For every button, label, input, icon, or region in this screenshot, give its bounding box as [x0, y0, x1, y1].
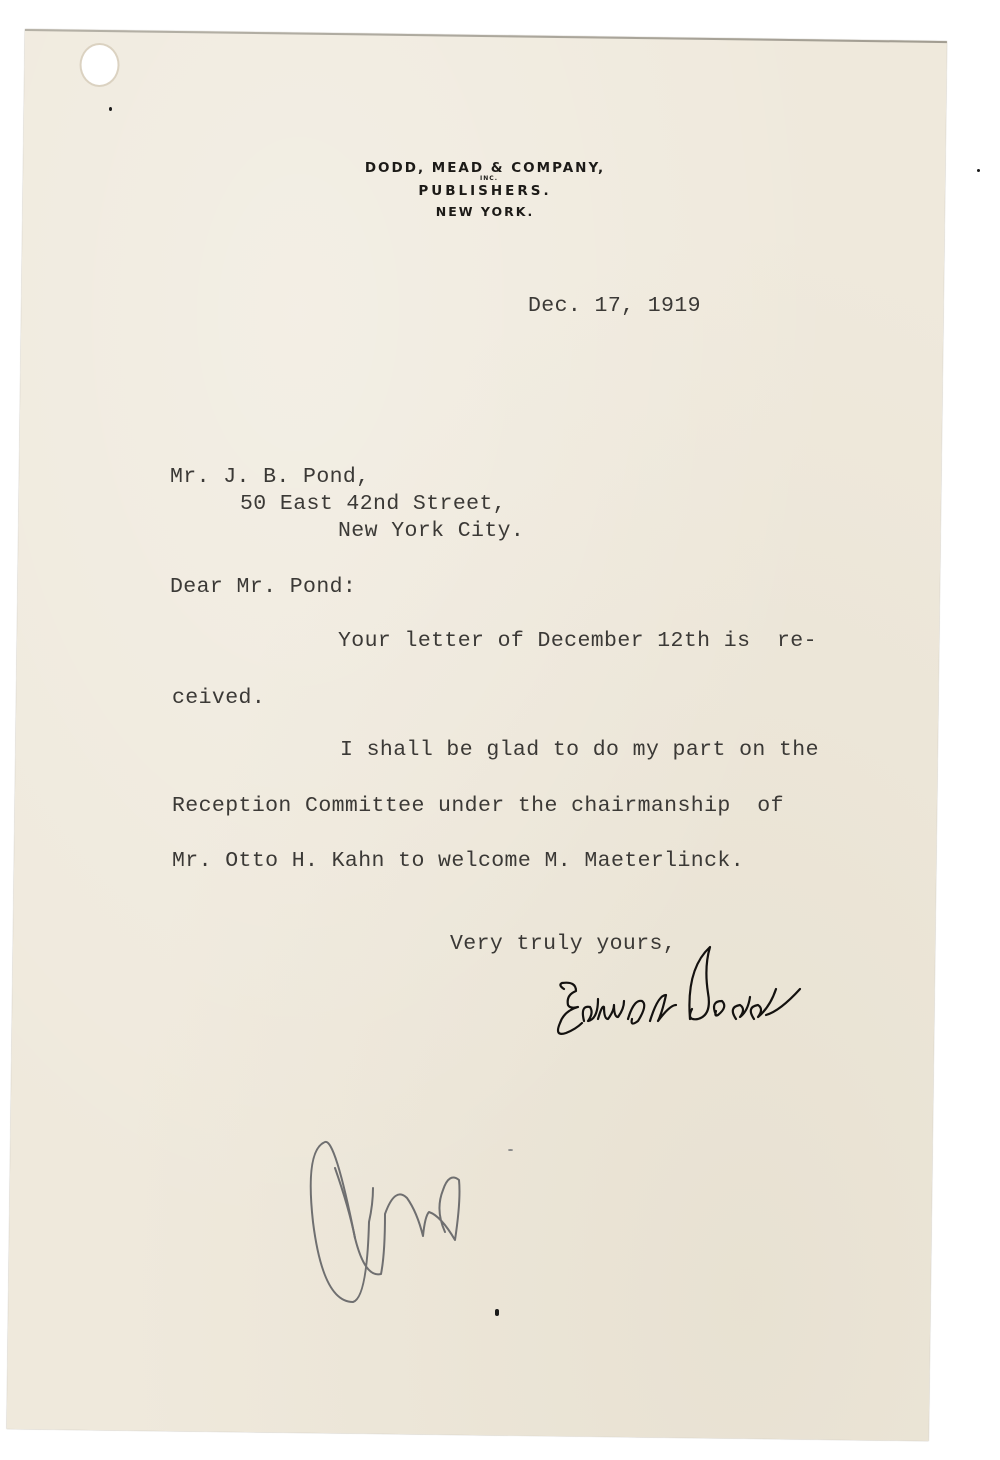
letterhead-company: DODD, MEAD & COMPANY, — [340, 160, 630, 176]
recipient-city: New York City. — [338, 519, 524, 543]
letterhead-city: NEW YORK. — [340, 200, 630, 224]
pencil-annotation — [295, 1128, 495, 1313]
ink-speck — [495, 1309, 499, 1316]
salutation: Dear Mr. Pond: — [170, 575, 356, 599]
body-line: Reception Committee under the chairmansh… — [172, 794, 784, 818]
ink-speck — [109, 107, 112, 111]
body-line: ceived. — [172, 686, 265, 710]
letter-date: Dec. 17, 1919 — [528, 294, 701, 318]
signature — [540, 945, 830, 1040]
body-line: I shall be glad to do my part on the — [340, 738, 819, 762]
pencil-speck — [508, 1149, 513, 1151]
letterhead: DODD, MEAD & COMPANY, INC. PUBLISHERS. N… — [340, 160, 630, 224]
ink-speck — [977, 169, 980, 172]
body-line: Mr. Otto H. Kahn to welcome M. Maeterlin… — [172, 849, 744, 873]
body-line: Your letter of December 12th is re- — [338, 629, 817, 653]
recipient-name: Mr. J. B. Pond, — [170, 465, 370, 489]
recipient-street: 50 East 42nd Street, — [240, 492, 506, 516]
letterhead-publishers: PUBLISHERS. — [340, 182, 630, 200]
letter-content: DODD, MEAD & COMPANY, INC. PUBLISHERS. N… — [0, 0, 1000, 1460]
